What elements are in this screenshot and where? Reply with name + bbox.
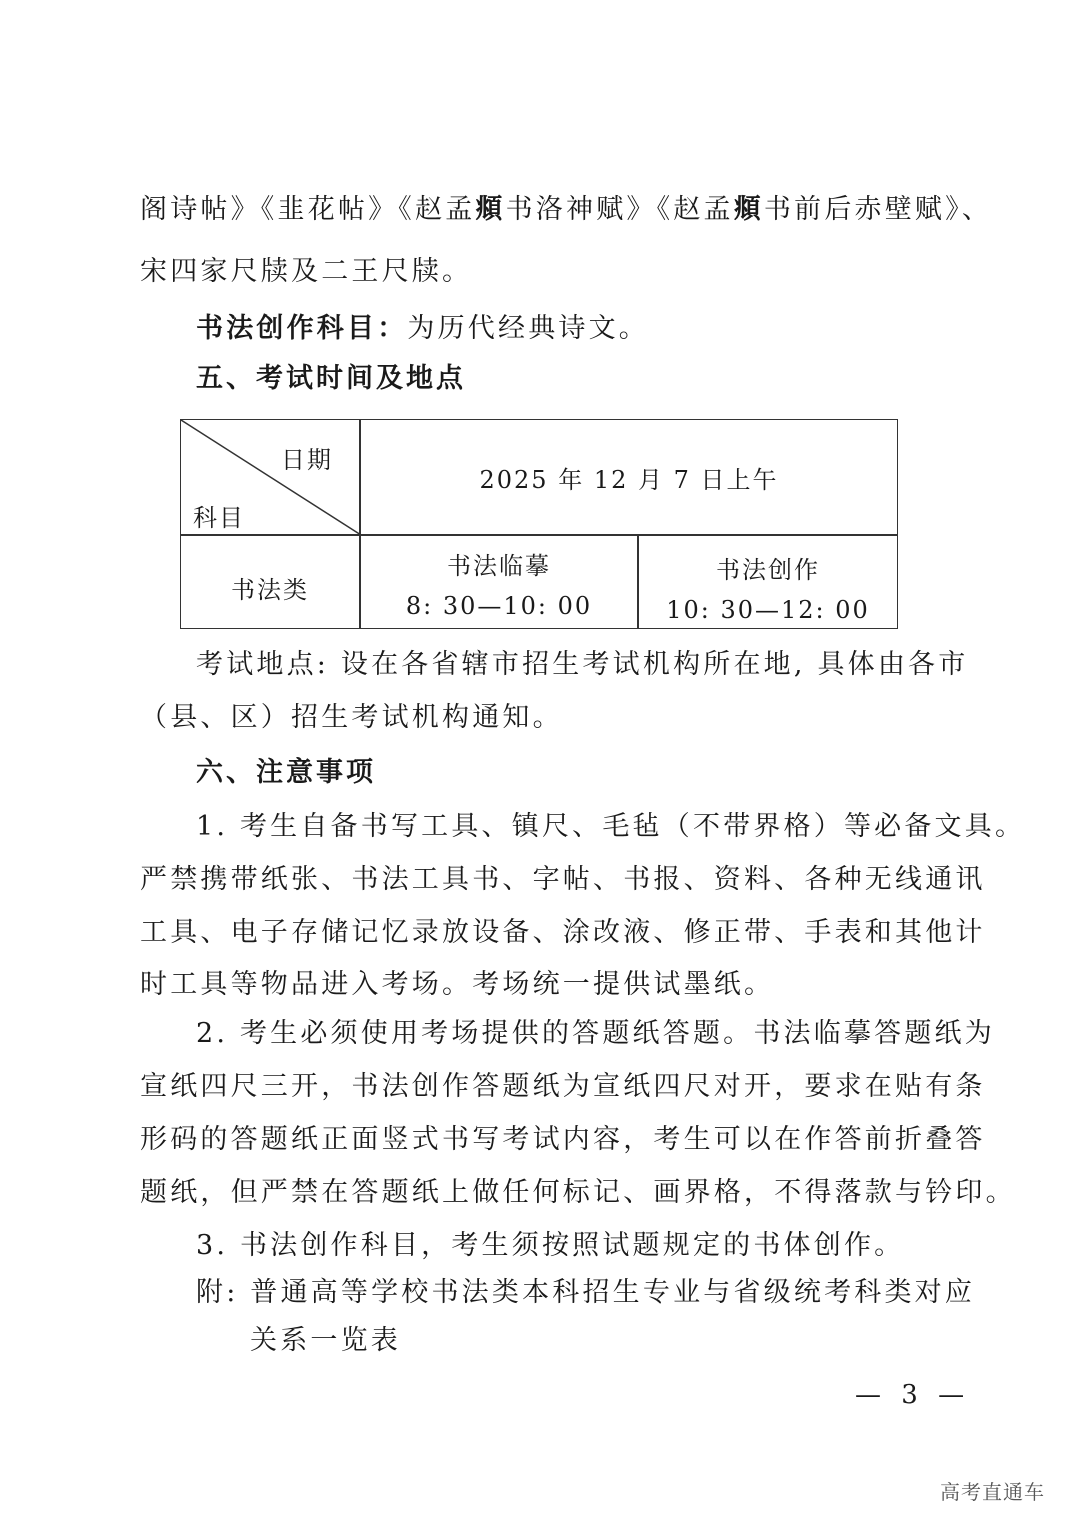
item1-line-1: 1. 考生自备书写工具、镇尺、毛毡（不带界格）等必备文具。: [196, 809, 1025, 845]
creation-subject-text: 为历代经典诗文。: [407, 313, 649, 344]
intro-text: 阁诗帖》《韭花帖》《赵孟: [140, 194, 475, 225]
session-creation-name: 书法创作: [639, 550, 897, 585]
item2-line-4: 题纸，但严禁在答题纸上做任何标记、画界格，不得落款与钤印。: [140, 1175, 1016, 1211]
location-line-2: （县、区）招生考试机构通知。: [140, 700, 563, 736]
page-number: — 3 —: [855, 1380, 970, 1410]
creation-subject-label: 书法创作科目：: [196, 313, 407, 344]
item1-line-4: 时工具等物品进入考场。考场统一提供试墨纸。: [140, 967, 774, 1003]
header-subject-label: 科目: [193, 498, 263, 533]
attachment-line-1: 附: 普通高等学校书法类本科招生专业与省级统考科类对应: [196, 1275, 975, 1311]
intro-line-2: 宋四家尺牍及二王尺牍。: [140, 254, 472, 290]
attachment-line-2: 关系一览表: [250, 1323, 401, 1359]
intro-char: 頫: [734, 194, 764, 225]
section5-heading: 五、考试时间及地点: [196, 361, 466, 397]
creation-subject-line: 书法创作科目：为历代经典诗文。: [196, 311, 649, 347]
section6-heading: 六、注意事项: [196, 755, 376, 791]
session-copying-time: 8: 30—10: 00: [361, 592, 637, 620]
date-header: 2025 年 12 月 7 日上午: [361, 460, 897, 495]
row-label-calligraphy: 书法类: [181, 570, 359, 605]
intro-text: 书前后赤壁赋》、: [764, 194, 992, 225]
item2-line-3: 形码的答题纸正面竖式书写考试内容，考生可以在作答前折叠答: [140, 1122, 986, 1158]
session-copying-name: 书法临摹: [361, 546, 637, 581]
item2-line-2: 宣纸四尺三开，书法创作答题纸为宣纸四尺对开，要求在贴有条: [140, 1069, 986, 1105]
location-line-1: 考试地点: 设在各省辖市招生考试机构所在地, 具体由各市: [196, 647, 968, 683]
intro-char: 頫: [475, 194, 505, 225]
item1-line-3: 工具、电子存储记忆录放设备、涂改液、修正带、手表和其他计: [140, 915, 986, 951]
intro-text: 书洛神赋》《赵孟: [506, 194, 734, 225]
table-divider: [181, 534, 897, 536]
session-creation-time: 10: 30—12: 00: [639, 596, 897, 624]
watermark: 高考直通车: [940, 1476, 1045, 1505]
exam-schedule-table: 日期 科目 2025 年 12 月 7 日上午 书法类 书法临摹 8: 30—1…: [180, 419, 898, 629]
intro-line-1: 阁诗帖》《韭花帖》《赵孟頫书洛神赋》《赵孟頫书前后赤壁赋》、: [140, 192, 992, 228]
header-date-label: 日期: [281, 440, 351, 475]
item3-line: 3. 书法创作科目，考生须按照试题规定的书体创作。: [196, 1228, 904, 1264]
item2-line-1: 2. 考生必须使用考场提供的答题纸答题。书法临摹答题纸为: [196, 1016, 995, 1052]
item1-line-2: 严禁携带纸张、书法工具书、字帖、书报、资料、各种无线通讯: [140, 862, 986, 898]
